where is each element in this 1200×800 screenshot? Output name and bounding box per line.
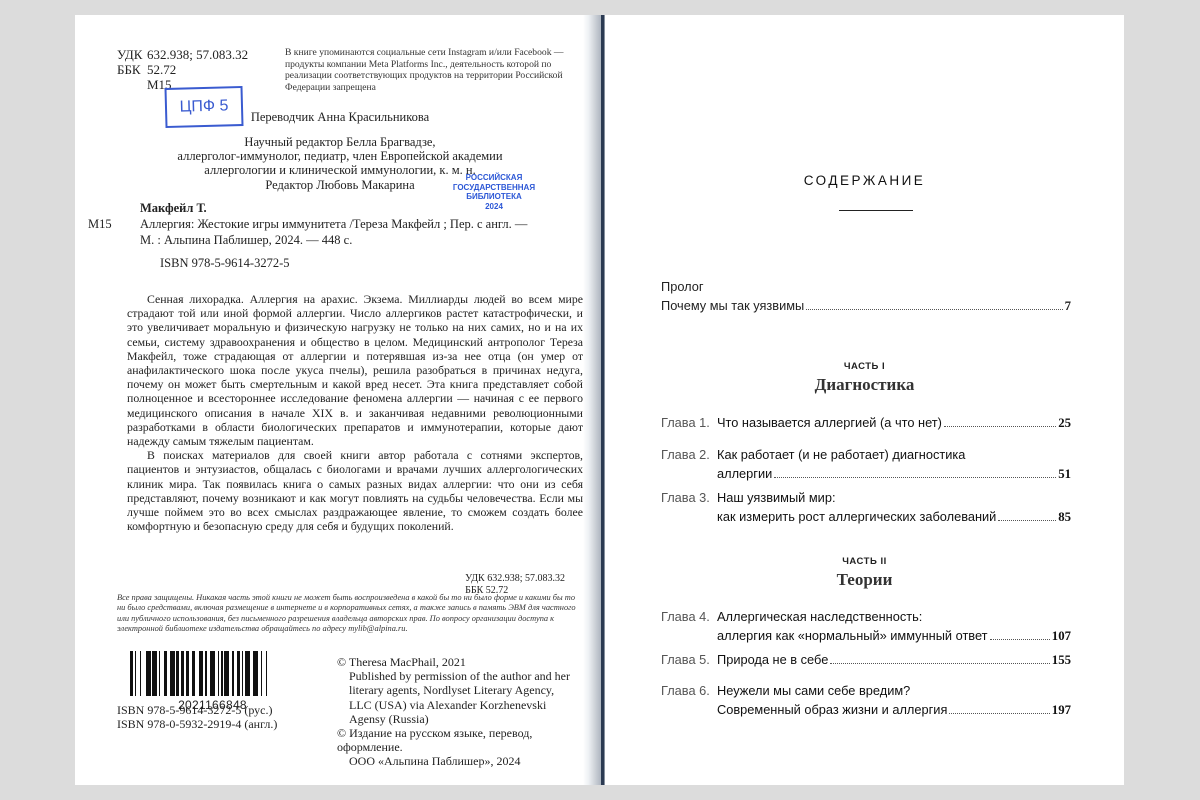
chapter-page-number: 155 — [1052, 651, 1071, 670]
toc-chapter-2[interactable]: Глава 2. Как работает (и не работает) ди… — [661, 445, 1071, 484]
imprint-page: УДК632.938; 57.083.32 ББК52.72 М15 В кни… — [75, 15, 585, 785]
udk-footer-line: УДК 632.938; 57.083.32 — [465, 573, 565, 585]
record-isbn: ISBN 978-5-9614-3272-5 — [160, 255, 583, 271]
chapter-label: Глава 3. — [661, 488, 717, 527]
prolog-page-number: 7 — [1065, 297, 1071, 316]
chapter-title: Наш уязвимый мир: — [717, 488, 1071, 507]
stamp-line: ГОСУДАРСТВЕННАЯ — [439, 183, 549, 193]
chapter-title-cont: Современный образ жизни и аллергия — [717, 700, 947, 719]
dot-leader — [949, 713, 1049, 714]
toc-chapter-4[interactable]: Глава 4. Аллергическая наследственность:… — [661, 607, 1071, 646]
rights-notice: Все права защищены. Никакая часть этой к… — [117, 593, 583, 635]
barcode-bars — [130, 651, 295, 696]
chapter-page-number: 107 — [1052, 627, 1071, 646]
translator-credit: Переводчик Анна Красильникова — [175, 110, 505, 124]
chapter-label: Глава 5. — [661, 650, 717, 670]
chapter-title: Неужели мы сами себе вредим? — [717, 681, 1071, 700]
bbk-label: ББК — [117, 62, 147, 77]
scientific-editor-credit: Научный редактор Белла Брагвадзе, аллерг… — [175, 135, 505, 177]
part-2-label: ЧАСТЬ II — [605, 556, 1124, 567]
social-networks-notice: В книге упоминаются социальные сети Inst… — [285, 47, 585, 93]
sci-editor-line: аллерголог-иммунолог, педиатр, член Евро… — [175, 149, 505, 163]
chapter-page-number: 25 — [1058, 414, 1071, 433]
dot-leader — [998, 520, 1056, 521]
chapter-title: Аллергическая наследственность: — [717, 607, 1071, 626]
chapter-label: Глава 4. — [661, 607, 717, 646]
book-annotation: Сенная лихорадка. Аллергия на арахис. Эк… — [127, 292, 583, 533]
toc-chapter-1[interactable]: Глава 1. Что называется аллергией (а что… — [661, 413, 1071, 433]
sci-editor-line: Научный редактор Белла Брагвадзе, — [175, 135, 505, 149]
chapter-title-cont: аллергия как «нормальный» иммунный ответ — [717, 626, 988, 645]
toc-divider — [839, 210, 913, 211]
chapter-title: Как работает (и не работает) диагностика — [717, 445, 1071, 464]
chapter-page-number: 85 — [1058, 508, 1071, 527]
annotation-paragraph: В поисках материалов для своей книги авт… — [127, 448, 583, 533]
classification-header: УДК632.938; 57.083.32 ББК52.72 М15 — [117, 47, 248, 92]
chapter-title-cont: как измерить рост аллергических заболева… — [717, 507, 996, 526]
part-1-label: ЧАСТЬ I — [605, 361, 1124, 372]
dot-leader — [944, 426, 1056, 427]
dot-leader — [830, 663, 1049, 664]
prolog-label: Пролог — [661, 277, 1071, 296]
dot-leader — [806, 309, 1062, 310]
part-2-title: Теории — [605, 570, 1124, 590]
udk-label: УДК — [117, 47, 147, 62]
chapter-label: Глава 6. — [661, 681, 717, 720]
record-title: Аллергия: Жестокие игры иммунитета /Тере… — [140, 216, 527, 232]
chapter-label: Глава 2. — [661, 445, 717, 484]
dot-leader — [774, 477, 1056, 478]
toc-title: СОДЕРЖАНИЕ — [605, 173, 1124, 188]
copyright-publisher: ООО «Альпина Паблишер», 2024 — [337, 754, 577, 768]
spine-edge — [601, 15, 604, 785]
chapter-title-cont: аллергии — [717, 464, 772, 483]
toc-prolog[interactable]: Пролог Почему мы так уязвимы 7 — [661, 277, 1071, 316]
toc-chapter-3[interactable]: Глава 3. Наш уязвимый мир: как измерить … — [661, 488, 1071, 527]
part-1-title: Диагностика — [605, 375, 1124, 395]
isbn-russian: ISBN 978-5-9614-3272-5 (рус.) — [117, 703, 277, 717]
udk-value: 632.938; 57.083.32 — [147, 47, 248, 62]
copyright-russian-edition: © Издание на русском языке, перевод, офо… — [337, 726, 577, 754]
record-author: Макфейл Т. — [140, 200, 583, 216]
record-publisher: М. : Альпина Паблишер, 2024. — 448 с. — [140, 232, 352, 248]
chapter-title: Что называется аллергией (а что нет) — [717, 413, 942, 432]
stamp-line: РОССИЙСКАЯ — [439, 173, 549, 183]
toc-chapter-6[interactable]: Глава 6. Неужели мы сами себе вредим? Со… — [661, 681, 1071, 720]
bibliographic-record: Макфейл Т. М15 Аллергия: Жестокие игры и… — [88, 200, 583, 271]
record-code: М15 — [88, 216, 140, 232]
isbn-list: ISBN 978-5-9614-3272-5 (рус.) ISBN 978-0… — [117, 703, 277, 731]
chapter-title: Природа не в себе — [717, 650, 828, 669]
author-mark-label — [117, 77, 147, 92]
chapter-page-number: 51 — [1058, 465, 1071, 484]
contents-page: СОДЕРЖАНИЕ Пролог Почему мы так уязвимы … — [605, 15, 1124, 785]
bbk-value: 52.72 — [147, 62, 176, 77]
chapter-label: Глава 1. — [661, 413, 717, 433]
prolog-title: Почему мы так уязвимы — [661, 296, 804, 315]
book-spread: УДК632.938; 57.083.32 ББК52.72 М15 В кни… — [75, 15, 1124, 785]
dot-leader — [990, 639, 1050, 640]
chapter-page-number: 197 — [1052, 701, 1071, 720]
copyright-permission: Published by permission of the author an… — [337, 669, 577, 726]
annotation-paragraph: Сенная лихорадка. Аллергия на арахис. Эк… — [127, 292, 583, 448]
copyright-block: © Theresa MacPhail, 2021 Published by pe… — [337, 655, 577, 769]
toc-chapter-5[interactable]: Глава 5. Природа не в себе 155 — [661, 650, 1071, 670]
isbn-english: ISBN 978-0-5932-2919-4 (англ.) — [117, 717, 277, 731]
copyright-original: © Theresa MacPhail, 2021 — [337, 655, 577, 669]
